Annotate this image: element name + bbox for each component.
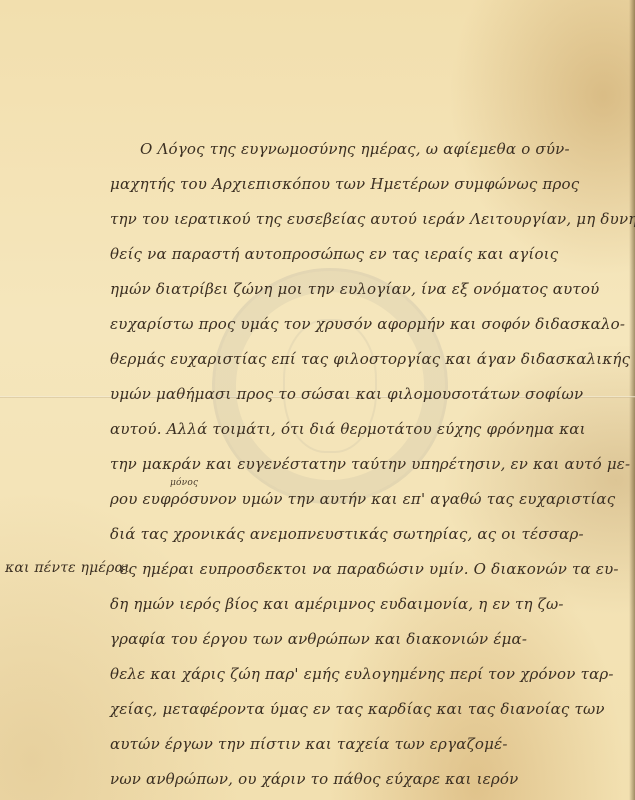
text-line: χείας, μεταφέροντα ύμας εν τας καρδίας κ… xyxy=(110,700,605,718)
text-line: μαχητής του Αρχιεπισκόπου των Ημετέρων σ… xyxy=(110,175,579,193)
text-line: θερμάς ευχαριστίας επί τας φιλοστοργίας … xyxy=(110,350,630,368)
paper-edge-shadow xyxy=(629,0,635,800)
text-line: νων ανθρώπων, ου χάριν το πάθος εύχαρε κ… xyxy=(110,770,518,788)
text-line: αυτών έργων την πίστιν και ταχεία των ερ… xyxy=(110,735,508,753)
text-line: την μακράν και ευγενέστατην ταύτην υπηρέ… xyxy=(110,455,630,473)
text-line: ευχαρίστω προς υμάς τον χρυσόν αφορμήν κ… xyxy=(110,315,625,333)
text-line: διά τας χρονικάς ανεμοπνευστικάς σωτηρία… xyxy=(110,525,584,543)
text-line: την του ιερατικού της ευσεβείας αυτού ιε… xyxy=(110,210,635,228)
text-line: θείς να παραστή αυτοπροσώπως εν τας ιερα… xyxy=(110,245,558,263)
text-line: δη ημών ιερός βίος και αμέριμνος ευδαιμο… xyxy=(110,595,564,613)
text-line: θελε και χάρις ζώη παρ' εμής ευλογημένης… xyxy=(110,665,614,683)
interlinear-note: μόνος xyxy=(170,478,198,488)
text-line: γραφία του έργου των ανθρώπων και διακον… xyxy=(110,630,527,648)
text-line: ες ημέραι ευπροσδεκτοι να παραδώσιν υμίν… xyxy=(120,560,619,578)
margin-note: και πέντε ημέραι xyxy=(5,560,130,576)
text-line: αυτού. Αλλά τοιμάτι, ότι διά θερμοτάτου … xyxy=(110,420,586,438)
text-line: ρου ευφρόσυνον υμών την αυτήν και επ' αγ… xyxy=(110,490,615,508)
text-line: ημών διατρίβει ζώνη μοι την ευλογίαν, ίν… xyxy=(110,280,599,298)
text-line: Ο Λόγος της ευγνωμοσύνης ημέρας, ω αφίεμ… xyxy=(140,140,570,158)
text-line: υμών μαθήμασι προς το σώσαι και φιλομουσ… xyxy=(110,385,583,403)
